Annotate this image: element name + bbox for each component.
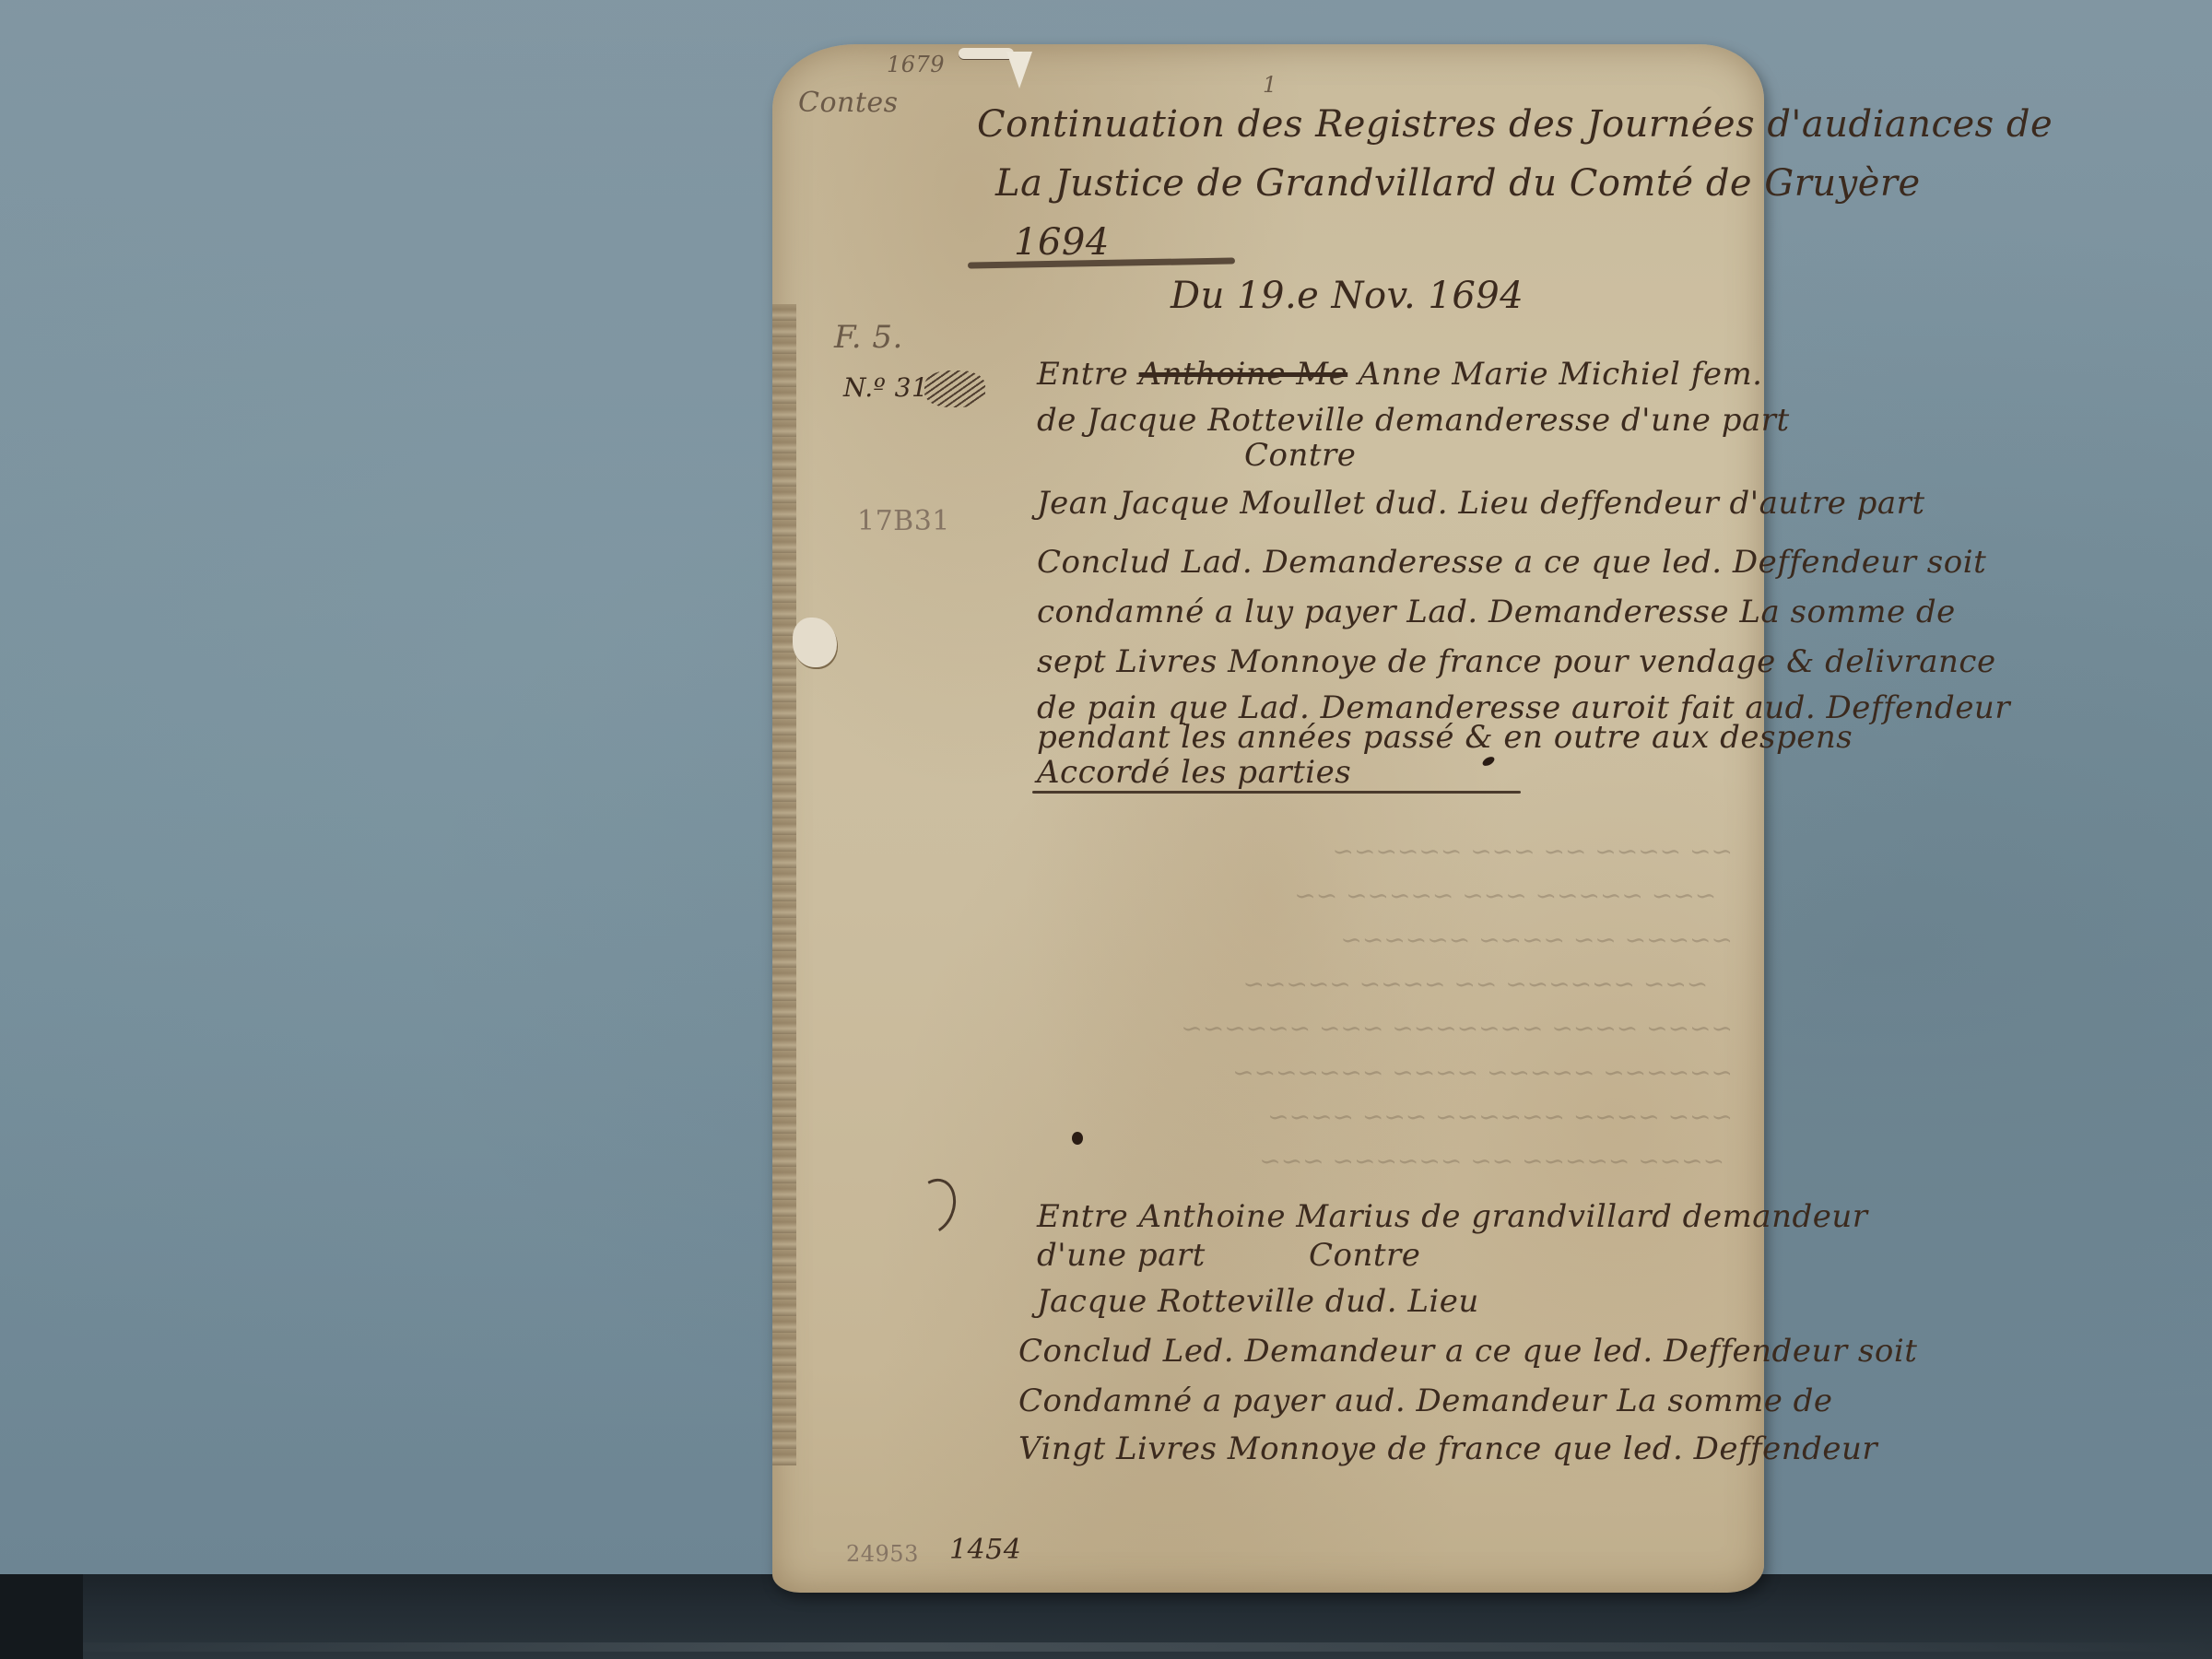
archive-pencil-number: 17B31 [857, 505, 950, 537]
heading-line-1: Continuation des Registres des Journées … [977, 103, 2053, 146]
entry1-ruling: Accordé les parties [1037, 754, 1351, 791]
entry2-line5: Condamné a payer aud. Demandeur La somme… [1018, 1382, 1833, 1419]
entry1-line4: Jean Jacque Moullet dud. Lieu deffendeur… [1037, 485, 1925, 522]
entry1-contre: Contre [1244, 437, 1356, 474]
entry2-line4: Conclud Led. Demandeur a ce que led. Def… [1018, 1333, 1917, 1370]
session-date: Du 19.e Nov. 1694 [1171, 275, 1524, 317]
margin-note-number: 1679 [887, 52, 945, 77]
binding-tab [959, 48, 1014, 59]
bleed-through-text: ~~ ~~~~ ~~ ~~~ ~~~~~~ ~~~ ~~~~~ ~~~ ~~~~… [829, 829, 1733, 1217]
entry1-line7: sept Livres Monnoye de france pour venda… [1037, 643, 1996, 680]
entry1-line1: Entre Anthoine Me Anne Marie Michiel fem… [1037, 356, 1763, 393]
scribble-mark [924, 371, 985, 407]
entry2-line3: Jacque Rotteville dud. Lieu [1037, 1283, 1479, 1320]
catalog-number: 24953 [846, 1541, 919, 1567]
folio-number: 1454 [949, 1534, 1021, 1566]
ink-blot [1072, 1132, 1083, 1145]
entry1-line9: pendant les années passé & en outre aux … [1037, 719, 1853, 756]
margin-entry-number: N.º 31 [843, 372, 928, 403]
entry2-line6: Vingt Livres Monnoye de france que led. … [1018, 1430, 1877, 1467]
binding-spine [772, 304, 796, 1465]
table-leg [0, 1574, 83, 1659]
heading-year: 1694 [1014, 221, 1110, 264]
heading-line-2: La Justice de Grandvillard du Comté de G… [995, 162, 1921, 205]
entry2-contre: Contre [1309, 1237, 1420, 1274]
entry2-line2-left: d'une part [1037, 1237, 1206, 1274]
margin-note-contes: Contes [798, 87, 899, 119]
entry2-line1: Entre Anthoine Marius de grandvillard de… [1037, 1198, 1868, 1235]
margin-section-mark: F. 5. [834, 319, 903, 356]
entry1-line6: condamné a luy payer Lad. Demanderesse L… [1037, 594, 1956, 630]
entry1-closing-rule [1032, 791, 1521, 794]
margin-tick: 1 [1263, 72, 1277, 98]
entry1-line2: de Jacque Rotteville demanderesse d'une … [1037, 402, 1790, 439]
entry1-line5: Conclud Lad. Demanderesse a ce que led. … [1037, 544, 1986, 581]
struck-text: Anthoine Me [1139, 356, 1348, 393]
